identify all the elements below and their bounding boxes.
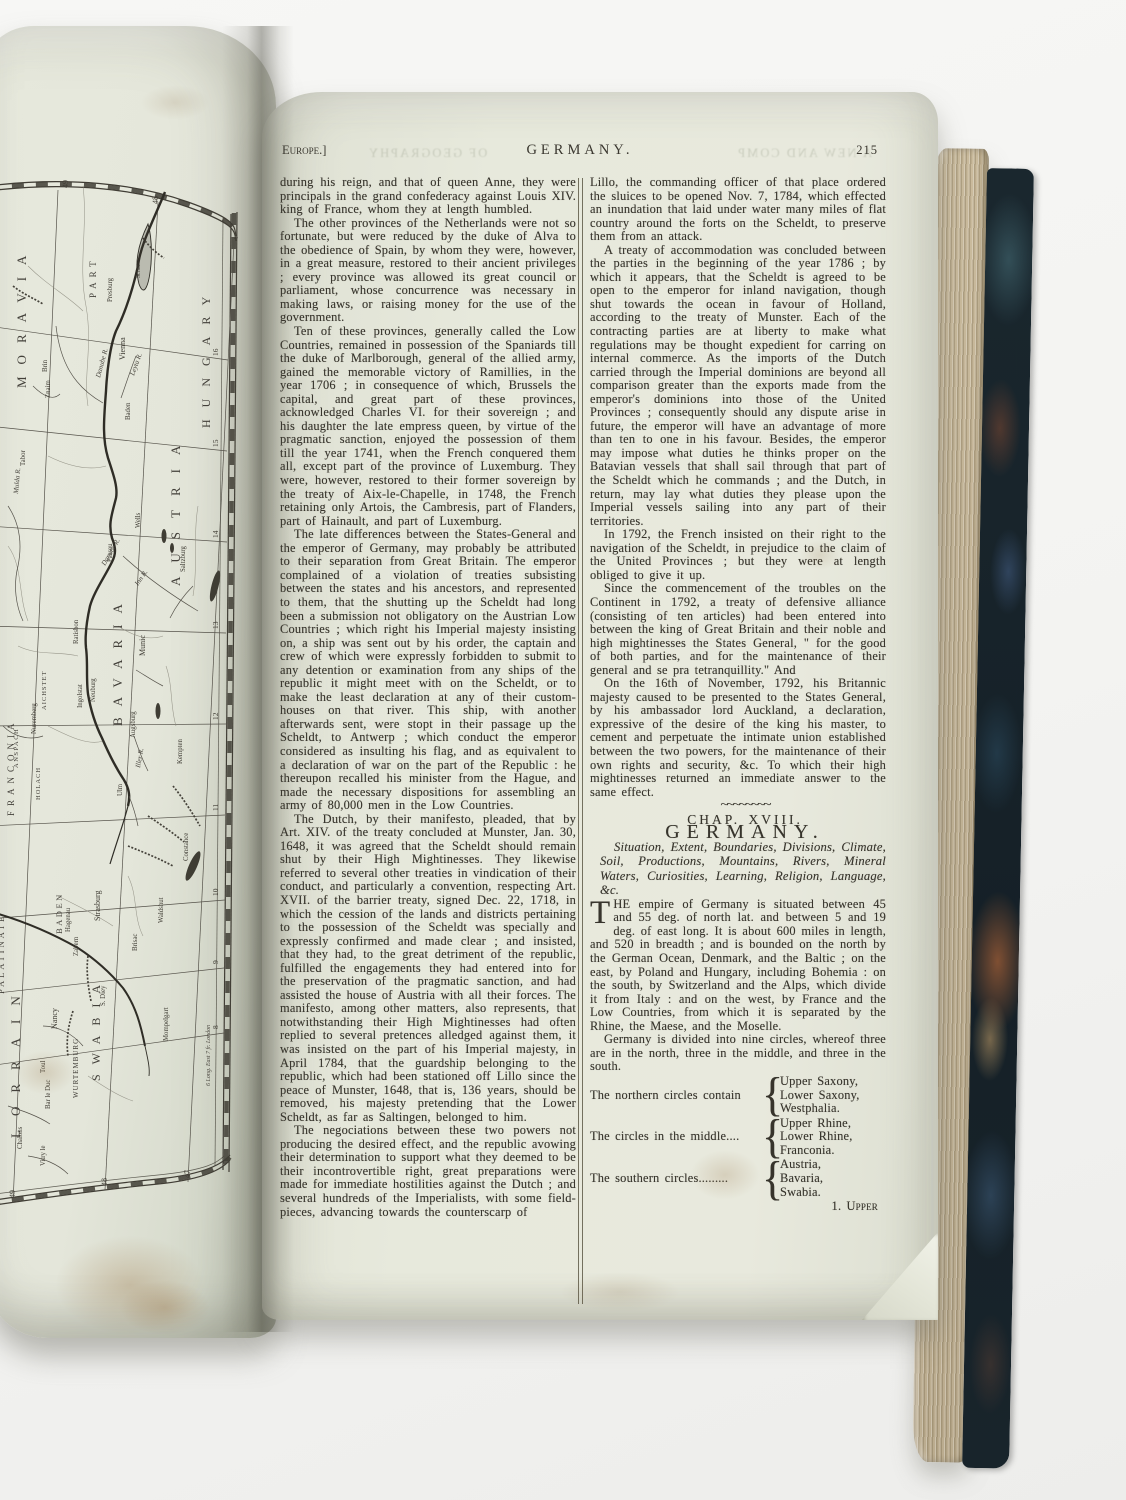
circles-table-row: The northern circles contain { Upper Sax… xyxy=(590,1075,886,1116)
map-label: PALATINATE xyxy=(0,914,6,994)
map-label: S. Diey xyxy=(100,985,107,1006)
map-label: Strasburg xyxy=(93,890,102,921)
map-label: 8 xyxy=(211,1025,220,1029)
circles-row-label: The circles in the middle.... xyxy=(590,1130,762,1144)
map-label: Kempten xyxy=(177,738,184,764)
paragraph: Lillo, the commanding officer of that pl… xyxy=(590,176,886,244)
paragraph: Germany is divided into nine circles, wh… xyxy=(590,1033,886,1074)
map-label: 16 xyxy=(211,348,220,356)
circle-item: Swabia. xyxy=(780,1186,886,1200)
circle-item: Austria, xyxy=(780,1158,886,1172)
map-label: 48 xyxy=(151,196,160,204)
page-title: GERMANY. xyxy=(432,142,728,159)
map-label: 14 xyxy=(211,530,220,538)
map-engraving: MORAVIABAVARIAAUSTRIAHUNGARYSWABIALORRAI… xyxy=(0,26,276,1338)
map-label: Brin xyxy=(42,359,49,372)
map-label: Waldshut xyxy=(158,897,165,923)
paragraph: The Dutch, by their manifesto, pleaded, … xyxy=(280,813,576,1125)
map-label: Mulda R. xyxy=(12,467,22,495)
circles-row-label: The northern circles contain xyxy=(590,1089,762,1103)
map-label: HOLACH xyxy=(35,767,42,800)
map-label: Nancy xyxy=(50,1008,59,1029)
catchword: 1. Upper xyxy=(590,1200,886,1214)
circle-item: Westphalia. xyxy=(780,1102,886,1116)
map-label: Ulm xyxy=(117,783,124,796)
running-header: Europe.] GERMANY. 215 xyxy=(282,142,878,159)
map-label: 13 xyxy=(211,621,220,629)
map-label: Augsburg xyxy=(130,711,137,738)
paragraph: A treaty of accommodation was concluded … xyxy=(590,244,886,528)
map-label: Leyta R. xyxy=(128,352,144,378)
map-label: Znaim xyxy=(45,380,52,398)
map-label: BAVARIA xyxy=(110,593,125,726)
brace-glyph: { xyxy=(762,1157,780,1200)
map-label: 49 xyxy=(61,180,70,188)
map-label: Vitry le xyxy=(40,1145,47,1166)
map-lakes xyxy=(156,529,223,882)
map-label: BADEN xyxy=(54,892,64,934)
paragraph: The late differences between the States-… xyxy=(280,528,576,812)
map-label: ANSPACH xyxy=(13,728,20,768)
map-label: Neuburg xyxy=(90,678,97,702)
map-label: Tabor xyxy=(20,450,27,466)
map-label: Saltzburg xyxy=(180,545,187,572)
map-label: 12 xyxy=(211,712,220,720)
map-label: Ratisbon xyxy=(73,619,80,644)
map-boundaries xyxy=(8,186,198,1101)
map-label: Ingolstat xyxy=(77,684,84,708)
map-label: 11 xyxy=(211,804,220,811)
circle-item: Upper Saxony, xyxy=(780,1075,886,1089)
map-label: MORAVIA xyxy=(14,244,29,388)
map-label: 47 xyxy=(183,1170,192,1178)
circles-row-items: Upper Rhine, Lower Rhine, Franconia. xyxy=(780,1117,886,1158)
left-page-map[interactable]: MORAVIABAVARIAAUSTRIAHUNGARYSWABIALORRAI… xyxy=(0,26,276,1338)
map-label: Constance xyxy=(183,833,190,861)
intro-paragraph: THE empire of Germany is situated betwee… xyxy=(590,898,886,1033)
text-column-right: Lillo, the commanding officer of that pl… xyxy=(590,176,886,1214)
map-label: Chalons xyxy=(17,1126,24,1149)
map-label: PART xyxy=(88,256,98,298)
circle-item: Lower Rhine, xyxy=(780,1130,886,1144)
circles-row-items: Austria, Bavaria, Swabia. xyxy=(780,1158,886,1199)
map-label: Nuremberg xyxy=(31,703,38,734)
circles-row-items: Upper Saxony, Lower Saxony, Westphalia. xyxy=(780,1075,886,1116)
map-label: 15 xyxy=(211,439,220,447)
map-label: 9 xyxy=(211,960,220,964)
map-label: Inn R. xyxy=(133,568,150,588)
map-label: 49 xyxy=(8,1190,17,1198)
circles-table-row: The southern circles......... { Austria,… xyxy=(590,1158,886,1199)
chapter-title: GERMANY. xyxy=(590,826,886,840)
map-label: Zabern xyxy=(73,936,80,956)
map-label: Iller R. xyxy=(134,747,146,769)
paragraph: during his reign, and that of queen Anne… xyxy=(280,176,576,217)
map-label: Baden xyxy=(125,402,132,420)
photo-backdrop: MORAVIABAVARIAAUSTRIAHUNGARYSWABIALORRAI… xyxy=(0,0,1126,1500)
map-label: Mompelgart xyxy=(163,1007,170,1041)
circle-item: Upper Rhine, xyxy=(780,1117,886,1131)
page-number: 215 xyxy=(728,143,878,158)
circle-item: Lower Saxony, xyxy=(780,1089,886,1103)
paragraph: On the 16th of November, 1792, his Brita… xyxy=(590,677,886,799)
map-label: LORRAIN xyxy=(8,982,23,1138)
paragraph: Since the commencement of the troubles o… xyxy=(590,582,886,677)
map-label: 48 xyxy=(100,1178,109,1186)
paragraph: In 1792, the French insisted on their ri… xyxy=(590,528,886,582)
map-label: Wells xyxy=(135,512,142,528)
column-divider xyxy=(578,178,583,1304)
paragraph: Ten of these provinces, generally called… xyxy=(280,325,576,528)
map-label: Presburg xyxy=(107,277,114,302)
section-divider-ornament: ~~~~~~~~ xyxy=(590,801,886,811)
map-label: WURTEMBURG xyxy=(72,1038,80,1098)
circles-table-row: The circles in the middle.... { Upper Rh… xyxy=(590,1117,886,1158)
header-section: Europe.] xyxy=(282,143,432,158)
map-label: Schut xyxy=(135,264,142,278)
map-label: 10 xyxy=(211,888,220,896)
map-label: Hagenau xyxy=(65,907,72,932)
drop-cap: T xyxy=(590,898,613,926)
text-column-left: during his reign, and that of queen Anne… xyxy=(280,176,576,1219)
intro-text: HE empire of Germany is situated between… xyxy=(590,897,886,1033)
map-label: AICHSTET xyxy=(41,671,48,710)
right-page-text[interactable]: A NEW AND COMP OF GEOGRAPHY Europe.] GER… xyxy=(262,92,938,1320)
map-label: Toul xyxy=(40,1061,47,1073)
paragraph: The negociations between these two power… xyxy=(280,1124,576,1219)
map-label: 6 Long. East 7 fr. London xyxy=(205,1025,212,1086)
map-label: Bar le Duc xyxy=(45,1080,52,1109)
chapter-subtitle: Situation, Extent, Boundaries, Divisions… xyxy=(590,840,886,898)
page-corner-fold xyxy=(862,1232,938,1320)
map-label: Vienna xyxy=(118,337,127,360)
circles-row-label: The southern circles......... xyxy=(590,1172,762,1186)
circle-item: Franconia. xyxy=(780,1144,886,1158)
map-label: Munic xyxy=(138,635,147,656)
circle-item: Bavaria, xyxy=(780,1172,886,1186)
map-label: Brisac xyxy=(132,934,139,951)
paragraph: The other provinces of the Netherlands w… xyxy=(280,217,576,325)
